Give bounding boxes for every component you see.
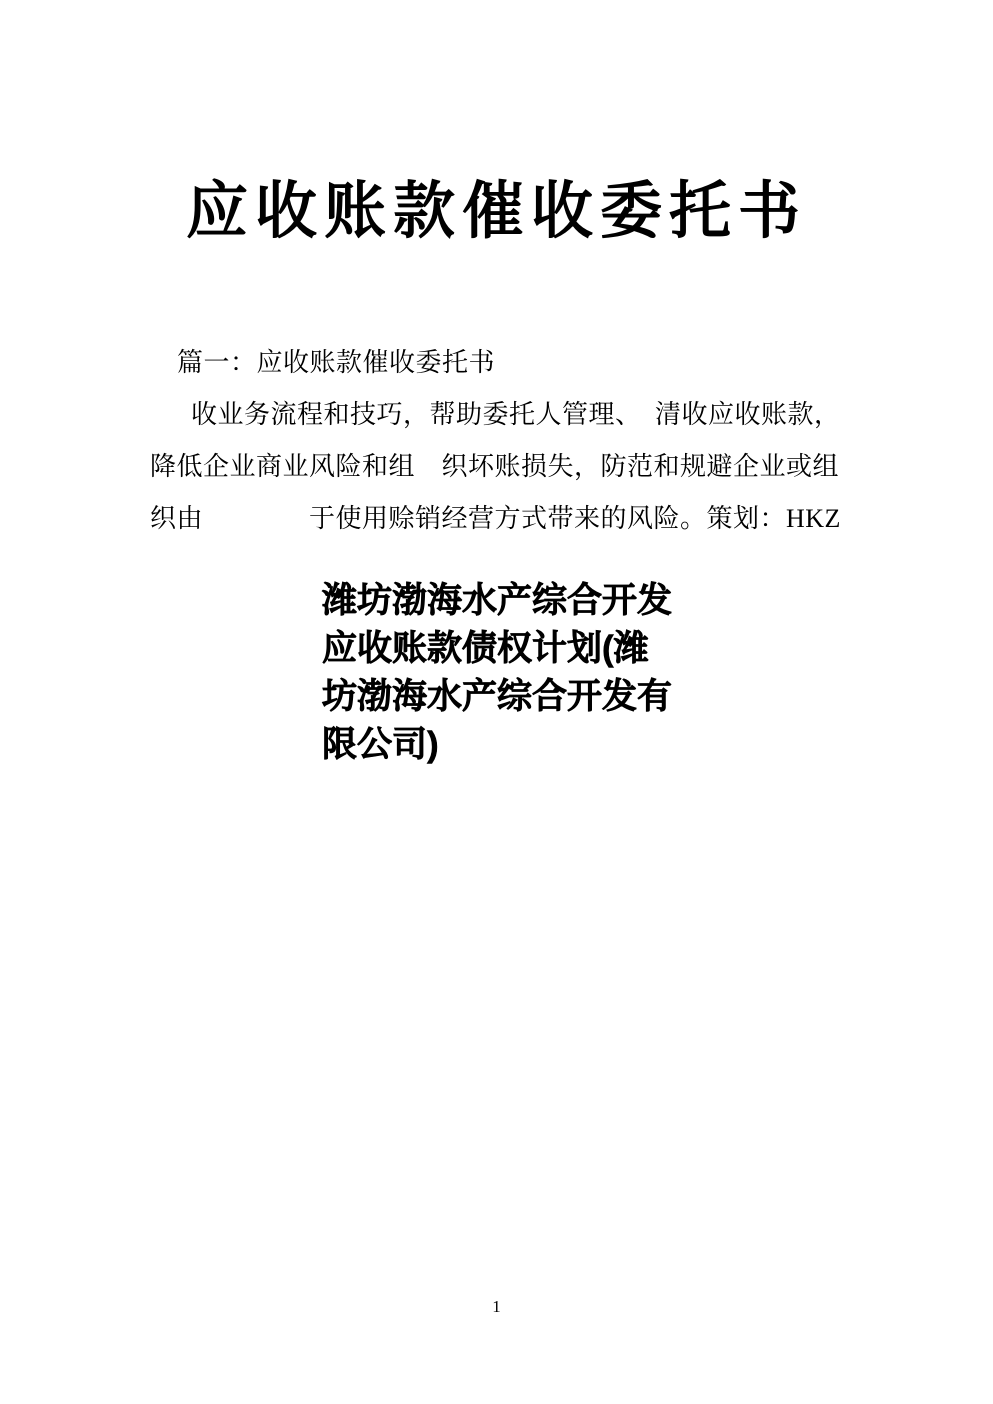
paragraph-line-2: 收业务流程和技巧，帮助委托人管理、 清收应收账款， [191,398,841,432]
paragraph-line-3: 降低企业商业风险和组 织坏账损失，防范和规避企业或组 [150,450,839,484]
paragraph-line-1: 篇一：应收账款催收委托书 [177,346,495,380]
plan-title-line-4: 限公司) [322,721,672,769]
plan-title-heading: 潍坊渤海水产综合开发 应收账款债权计划(潍 坊渤海水产综合开发有 限公司) [322,577,672,769]
document-page: 应收账款催收委托书 篇一：应收账款催收委托书 收业务流程和技巧，帮助委托人管理、… [0,0,993,1404]
plan-title-line-3: 坊渤海水产综合开发有 [322,673,672,721]
plan-title-line-2: 应收账款债权计划(潍 [322,625,672,673]
document-title: 应收账款催收委托书 [0,176,993,248]
paragraph-line-4: 织由 于使用赊销经营方式带来的风险。策划：HKZ [150,502,841,536]
plan-title-line-1: 潍坊渤海水产综合开发 [322,577,672,625]
page-number: 1 [0,1296,993,1318]
